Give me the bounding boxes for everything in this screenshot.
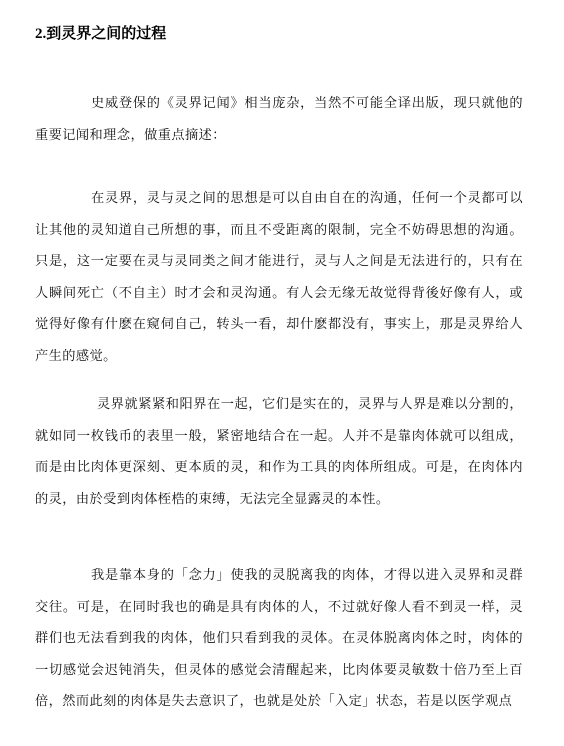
section-heading: 2.到灵界之间的过程 <box>35 22 166 43</box>
paragraph-2: 在灵界，灵与灵之间的思想是可以自由自在的沟通，任何一个灵都可以让其他的灵知道自己… <box>35 183 523 373</box>
paragraph-4: 我是靠本身的「念力」使我的灵脱离我的肉体，才得以进入灵界和灵群交往。可是，在同时… <box>35 560 523 718</box>
paragraph-1: 史威登保的《灵界记闻》相当庞杂，当然不可能全译出版，现只就他的重要记闻和理念，做… <box>35 88 523 151</box>
paragraph-3: 灵界就紧紧和阳界在一起，它们是实在的，灵界与人界是难以分割的，就如同一枚钱币的表… <box>35 389 523 515</box>
